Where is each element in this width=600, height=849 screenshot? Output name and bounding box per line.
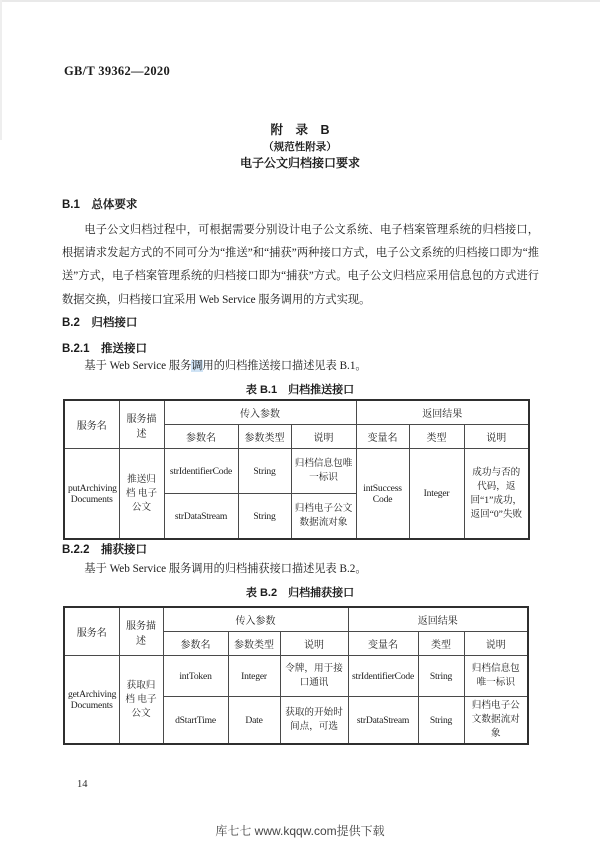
col-header-type: 类型 [409,425,464,449]
cell-param-name: strIdentifierCode [164,449,238,494]
cell-var-type: String [418,697,464,745]
table-b2-capture-interface: 服务名 服务描述 传入参数 返回结果 参数名 参数类型 说明 变量名 类型 说明… [63,606,529,745]
col-header-type: 类型 [418,632,464,656]
col-header-service-desc: 服务描述 [119,607,163,656]
col-header-var-name: 变量名 [356,425,409,449]
table-b2-caption: 表 B.2 归档捕获接口 [0,584,600,600]
col-header-description: 说明 [464,632,528,656]
col-header-var-name: 变量名 [348,632,418,656]
cell-service-desc: 获取归档 电子公文 [119,656,163,745]
document-page: GB/T 39362—2020 附 录 B （规范性附录） 电子公文归档接口要求… [0,0,600,849]
cell-param-description: 令牌，用于接口通讯 [280,656,348,697]
table-row: 服务名 服务描述 传入参数 返回结果 [64,607,528,632]
cell-var-type: Integer [409,449,464,540]
col-header-param-type: 参数类型 [238,425,291,449]
col-header-param-name: 参数名 [164,425,238,449]
highlighted-character: 调 [191,360,202,372]
scan-edge-left [0,0,2,140]
cell-param-type: String [238,494,291,540]
cell-var-name: strDataStream [348,697,418,745]
col-header-service-desc: 服务描述 [119,400,164,449]
intro-text-after: 用的归档推送接口描述见表 B.1。 [203,360,367,372]
table-row: getArchiving Documents 获取归档 电子公文 intToke… [64,656,528,697]
cell-result-description: 归档信息包唯一标识 [464,656,528,697]
cell-param-name: strDataStream [164,494,238,540]
col-header-param-type: 参数类型 [228,632,280,656]
cell-param-name: intToken [163,656,228,697]
cell-service-name: getArchiving Documents [64,656,119,745]
cell-service-desc: 推送归档 电子公文 [119,449,164,540]
section-b21-intro: 基于 Web Service 服务调用的归档推送接口描述见表 B.1。 [62,358,539,374]
cell-param-type: Date [228,697,280,745]
cell-var-name: strIdentifierCode [348,656,418,697]
appendix-title: 附 录 B [0,121,600,139]
cell-param-type: String [238,449,291,494]
table-b1-caption: 表 B.1 归档推送接口 [0,381,600,397]
cell-param-type: Integer [228,656,280,697]
col-group-return-results: 返回结果 [356,400,529,425]
section-b22-intro: 基于 Web Service 服务调用的归档捕获接口描述见表 B.2。 [62,561,539,577]
table-row: putArchiving Documents 推送归档 电子公文 strIden… [64,449,529,494]
cell-param-description: 获取的开始时间点，可选 [280,697,348,745]
cell-result-description: 成功与否的代码，返回“1”成功，返回“0”失败 [464,449,529,540]
appendix-subject-title: 电子公文归档接口要求 [0,155,600,172]
col-group-input-params: 传入参数 [163,607,348,632]
section-b1-heading: B.1 总体要求 [62,196,137,212]
col-header-description: 说明 [280,632,348,656]
section-b22-heading: B.2.2 捕获接口 [62,541,147,557]
cell-var-name: intSuccess Code [356,449,409,540]
col-header-service-name: 服务名 [64,607,119,656]
cell-service-name: putArchiving Documents [64,449,119,540]
cell-var-type: String [418,656,464,697]
cell-param-name: dStartTime [163,697,228,745]
cell-param-description: 归档电子公文数据流对象 [291,494,356,540]
section-b1-paragraph: 电子公文归档过程中，可根据需要分别设计电子公文系统、电子档案管理系统的归档接口，… [62,219,539,312]
cell-result-description: 归档电子公文数据流对象 [464,697,528,745]
appendix-title-block: 附 录 B （规范性附录） 电子公文归档接口要求 [0,121,600,172]
standard-number-header: GB/T 39362—2020 [64,64,170,79]
watermark-text: 库七七 www.kqqw.com提供下载 [0,822,600,839]
cell-param-description: 归档信息包唯一标识 [291,449,356,494]
table-row: 服务名 服务描述 传入参数 返回结果 [64,400,529,425]
col-group-input-params: 传入参数 [164,400,356,425]
col-header-service-name: 服务名 [64,400,119,449]
col-group-return-results: 返回结果 [348,607,528,632]
table-b1-push-interface: 服务名 服务描述 传入参数 返回结果 参数名 参数类型 说明 变量名 类型 说明… [63,399,530,540]
section-b21-heading: B.2.1 推送接口 [62,340,147,356]
col-header-description: 说明 [291,425,356,449]
page-number: 14 [77,779,88,790]
scan-edge-top [0,0,600,2]
appendix-normative-label: （规范性附录） [0,139,600,155]
section-b2-heading: B.2 归档接口 [62,314,137,330]
col-header-description: 说明 [464,425,529,449]
intro-text-before: 基于 Web Service 服务 [84,360,191,372]
col-header-param-name: 参数名 [163,632,228,656]
